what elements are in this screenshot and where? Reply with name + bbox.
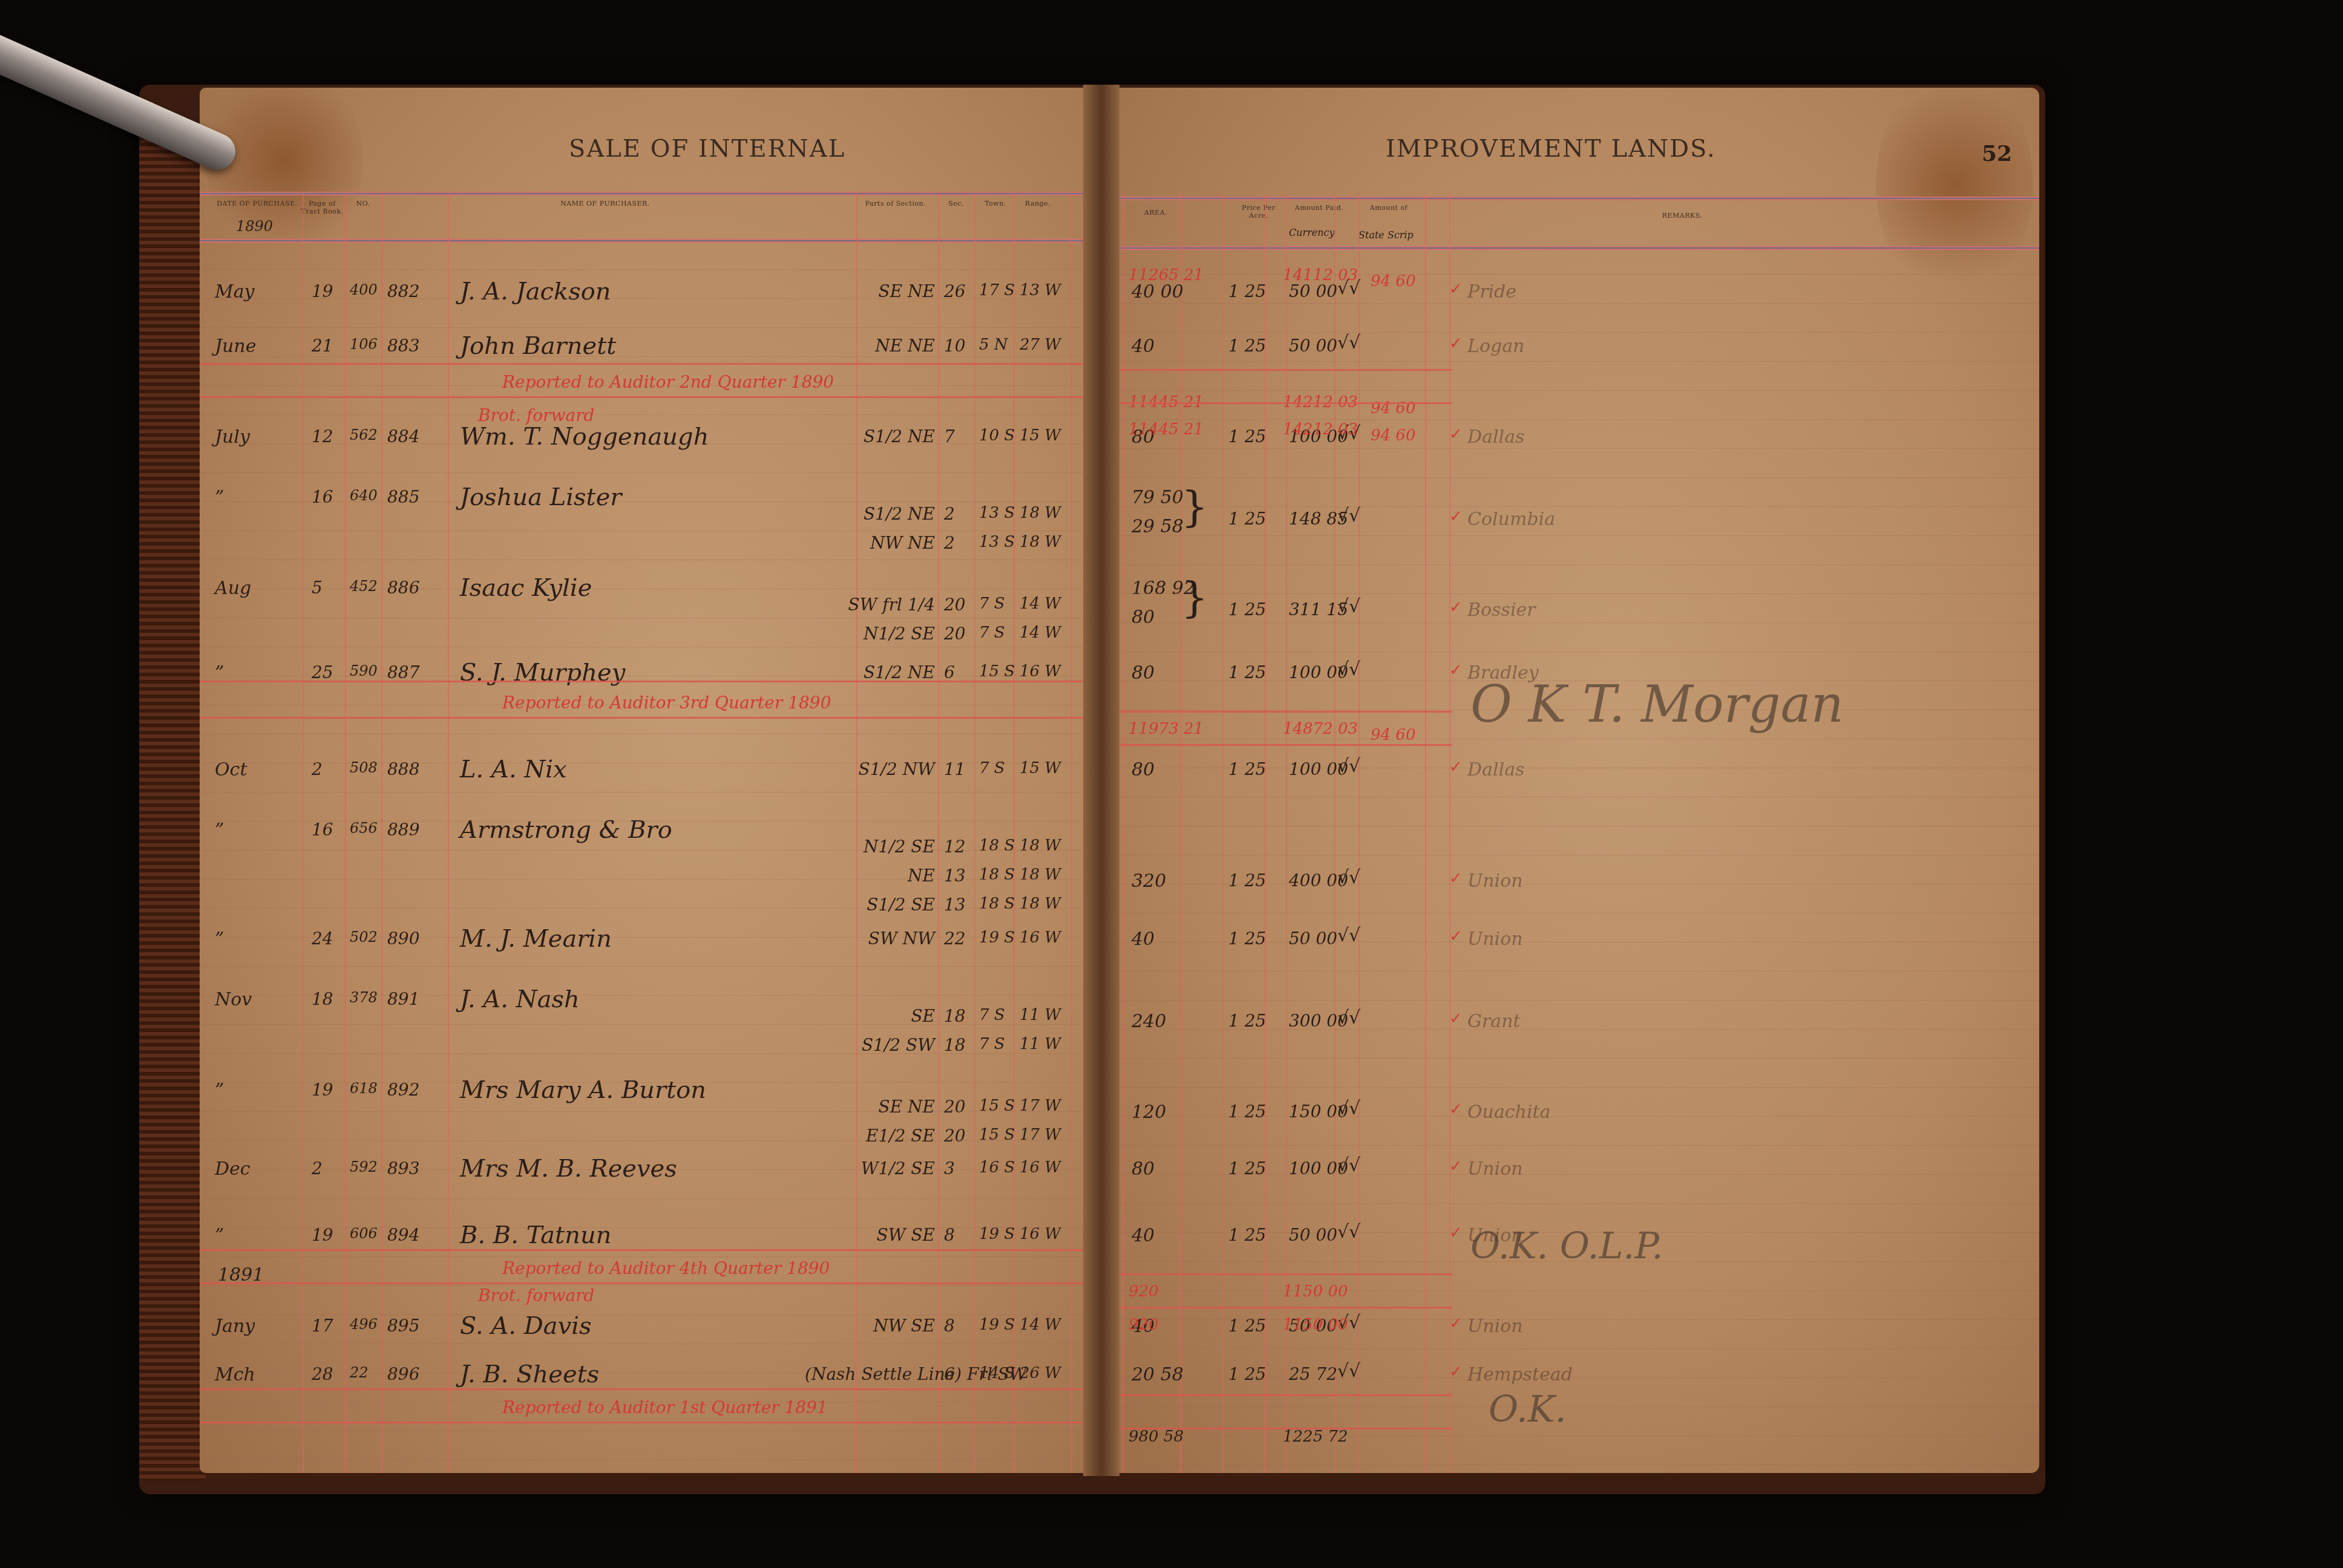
entry-range: 16 W: [1020, 1158, 1061, 1177]
col-section: Sec.: [941, 200, 971, 207]
entry-month: Mch: [215, 1364, 255, 1385]
check-mark-icon: √√: [1337, 1007, 1360, 1028]
entry-month: Jany: [215, 1316, 255, 1337]
entry-range: 17 W: [1020, 1126, 1061, 1144]
total-state-scrip: 94 60: [1371, 726, 1415, 744]
ruled-line: [200, 966, 1095, 967]
ruled-line: [1107, 1465, 2039, 1465]
red-check-icon: ✓: [1449, 1224, 1463, 1242]
col-remarks: REMARKS.: [1622, 212, 1743, 220]
ruled-line: [1107, 1319, 2039, 1320]
entry-tract-page: 562: [350, 426, 378, 443]
entry-area: 40: [1132, 929, 1155, 950]
entry-range: 15 W: [1020, 759, 1061, 777]
entry-price-per-acre: 1 25: [1228, 929, 1266, 949]
entry-month: ”: [215, 1080, 224, 1101]
entry-tract-page: 378: [350, 989, 378, 1006]
entry-price-per-acre: 1 25: [1228, 662, 1266, 682]
entry-number: 890: [387, 929, 419, 949]
ruled-line: [1107, 564, 2039, 565]
ruled-line: [1107, 884, 2039, 884]
ruled-line: [1107, 681, 2039, 681]
entry-section: 22: [944, 929, 966, 949]
entry-section: 6: [944, 1364, 955, 1384]
total-amount: 14872 03: [1283, 720, 1358, 738]
ruled-line: [200, 531, 1095, 531]
entry-range: 18 W: [1020, 895, 1061, 913]
entry-amount-paid: 50 00: [1289, 1225, 1337, 1245]
entry-day: 18: [312, 989, 333, 1009]
column-rule: [1334, 194, 1335, 1473]
entry-price-per-acre: 1 25: [1228, 1102, 1266, 1122]
red-ruled-line: [1107, 1394, 1452, 1396]
entry-town: 15 S: [979, 1097, 1015, 1115]
total-area: 11973 21: [1129, 720, 1204, 738]
ruled-line: [200, 879, 1095, 880]
red-ruled-line: [1107, 402, 1452, 404]
red-ruled-line: [1107, 369, 1452, 371]
entry-range: 11 W: [1020, 1006, 1061, 1024]
ruled-line: [200, 734, 1095, 734]
entry-day: 17: [312, 1316, 333, 1336]
left-page: SALE OF INTERNAL DATE OF PURCHASE. 1890 …: [200, 88, 1095, 1473]
entry-part-of-section: (Nash Settle Line) Frl SW: [805, 1364, 935, 1384]
header-top-rule: [200, 192, 1095, 195]
entry-town: 7 S: [979, 624, 1005, 642]
entry-part-of-section: E1/2 SE: [805, 1126, 935, 1146]
entry-remark-county: Ouachita: [1467, 1102, 1550, 1123]
entry-price-per-acre: 1 25: [1228, 1364, 1266, 1384]
column-rule: [1180, 194, 1181, 1473]
ruled-line: [200, 414, 1095, 415]
ruled-line: [1107, 797, 2039, 797]
entry-tract-page: 590: [350, 662, 378, 679]
left-page-title: SALE OF INTERNAL: [569, 135, 845, 163]
entry-town: 18 S: [979, 866, 1015, 884]
entry-range: 14 W: [1020, 624, 1061, 642]
ruled-line: [200, 327, 1095, 328]
ruled-line: [200, 1460, 1095, 1460]
ruled-line: [1107, 913, 2039, 913]
ruled-line: [1107, 448, 2039, 449]
entry-remark-county: Hempstead: [1467, 1364, 1573, 1385]
red-ruled-line: [200, 1388, 1095, 1390]
entry-day: 28: [312, 1364, 333, 1384]
entry-area: 40: [1132, 336, 1155, 357]
col-name-of-purchaser: NAME OF PURCHASER.: [514, 200, 696, 207]
entry-part-of-section: S1/2 SE: [805, 895, 935, 915]
total-amount: 1225 72: [1283, 1428, 1348, 1446]
ruled-line: [200, 472, 1095, 473]
col-date-of-purchase: DATE OF PURCHASE.: [212, 200, 303, 207]
entry-part-of-section: S1/2 SW: [805, 1035, 935, 1055]
entry-section: 18: [944, 1035, 966, 1055]
entry-tract-page: 106: [350, 336, 378, 353]
entry-tract-page: 496: [350, 1316, 378, 1333]
entry-remark-county: Pride: [1467, 281, 1516, 302]
entry-month: ”: [215, 487, 224, 508]
entry-remark-county: Union: [1467, 1158, 1523, 1180]
total-amount: 14112 03: [1283, 266, 1358, 284]
red-check-icon: ✓: [1449, 1157, 1463, 1175]
entry-range: 26 W: [1020, 1364, 1061, 1382]
red-ruled-line: [1107, 1273, 1452, 1275]
book-binding: [139, 139, 206, 1482]
total-amount: 1150 00: [1283, 1282, 1348, 1301]
check-mark-icon: √√: [1337, 756, 1360, 777]
red-auditor-note: Reported to Auditor 1st Quarter 1891: [502, 1397, 828, 1417]
entry-price-per-acre: 1 25: [1228, 871, 1266, 890]
entry-purchaser-name: Wm. T. Noggenaugh: [460, 423, 709, 451]
entry-area: 80: [1132, 607, 1155, 628]
column-rule: [1286, 194, 1287, 1473]
right-page-title: IMPROVEMENT LANDS.: [1386, 135, 1716, 163]
ruled-line: [200, 821, 1095, 822]
ruled-line: [1107, 971, 2039, 972]
ruled-line: [1107, 390, 2039, 391]
ruled-line: [200, 937, 1095, 938]
entry-section: 20: [944, 1097, 966, 1117]
header-top-rule: [1107, 197, 2039, 200]
total-area: 11265 21: [1129, 266, 1204, 284]
entry-price-per-acre: 1 25: [1228, 1225, 1266, 1245]
col-amount-of: Amount of: [1355, 204, 1422, 212]
entry-day: 25: [312, 662, 333, 682]
entry-price-per-acre: 1 25: [1228, 336, 1266, 356]
entry-purchaser-name: S. J. Murphey: [460, 659, 625, 687]
header-bottom-rule: [200, 239, 1095, 243]
ruled-line: [200, 850, 1095, 851]
ruled-line: [1107, 1087, 2039, 1088]
entry-town: 19 S: [979, 1316, 1015, 1334]
total-area: 11445 21: [1129, 420, 1204, 439]
red-check-icon: ✓: [1449, 280, 1463, 298]
total-area: 920: [1129, 1282, 1159, 1301]
entry-town: 7 S: [979, 1035, 1005, 1053]
entry-remark-county: Union: [1467, 929, 1523, 950]
ruled-line: [200, 1169, 1095, 1170]
entry-tract-page: 656: [350, 820, 378, 837]
entry-area: 20 58: [1132, 1364, 1184, 1385]
col-tract-page: Page of Tract Book.: [300, 200, 345, 215]
ruled-line: [1107, 1406, 2039, 1407]
red-ruled-line: [1107, 744, 1452, 746]
ok-morgan-annotation: O K T. Morgan: [1470, 675, 1844, 734]
red-check-icon: ✓: [1449, 425, 1463, 443]
entry-area: 120: [1132, 1102, 1166, 1123]
red-ruled-line: [200, 681, 1095, 682]
ruled-line: [200, 792, 1095, 792]
entry-range: 14 W: [1020, 595, 1061, 613]
entry-amount-paid: 25 72: [1289, 1364, 1337, 1384]
entry-number: 893: [387, 1158, 419, 1178]
check-mark-icon: √√: [1337, 867, 1360, 888]
entry-range: 27 W: [1020, 336, 1061, 354]
red-check-icon: ✓: [1449, 869, 1463, 887]
entry-tract-page: 400: [350, 281, 378, 298]
entry-number: 886: [387, 578, 419, 598]
column-rule: [1265, 194, 1266, 1473]
entry-remark-county: Dallas: [1467, 426, 1524, 448]
ruled-line: [1107, 1203, 2039, 1204]
col-number: No.: [348, 200, 378, 207]
header-bottom-rule: [1107, 246, 2039, 250]
entry-range: 13 W: [1020, 281, 1061, 299]
col-area: AREA.: [1119, 209, 1192, 217]
ruled-line: [1107, 1232, 2039, 1233]
entry-number: 888: [387, 759, 419, 779]
book-gutter: [1083, 85, 1119, 1476]
entry-purchaser-name: Isaac Kylie: [460, 574, 592, 602]
red-check-icon: ✓: [1449, 1010, 1463, 1028]
entry-price-per-acre: 1 25: [1228, 426, 1266, 446]
entry-town: 5 N: [979, 336, 1008, 354]
ruled-line: [200, 589, 1095, 589]
ruled-line: [1107, 1116, 2039, 1117]
column-rule: [1122, 194, 1124, 1473]
entry-remark-county: Columbia: [1467, 509, 1555, 530]
red-check-icon: ✓: [1449, 661, 1463, 679]
entry-area: 40: [1132, 1225, 1155, 1246]
entry-town: 19 S: [979, 929, 1015, 947]
entry-purchaser-name: B. B. Tatnun: [460, 1221, 611, 1249]
ruled-line: [200, 356, 1095, 357]
entry-range: 16 W: [1020, 662, 1061, 681]
entry-tract-page: 452: [350, 578, 378, 595]
ruled-line: [1107, 739, 2039, 739]
ruled-line: [1107, 506, 2039, 507]
ruled-line: [1107, 652, 2039, 652]
ruled-line: [200, 1082, 1095, 1083]
entry-range: 17 W: [1020, 1097, 1061, 1115]
entry-number: 896: [387, 1364, 419, 1384]
entry-section: 3: [944, 1158, 955, 1178]
entry-day: 16: [312, 820, 333, 840]
entry-number: 895: [387, 1316, 419, 1336]
ruled-line: [200, 995, 1095, 996]
entry-purchaser-name: S. A. Davis: [460, 1312, 592, 1340]
entry-town: 16 S: [979, 1158, 1015, 1177]
col-amount-paid: Amount Paid.: [1289, 204, 1349, 212]
entry-number: 887: [387, 662, 419, 682]
entry-section: 13: [944, 895, 966, 915]
ruled-line: [200, 1315, 1095, 1315]
ruled-line: [1107, 1377, 2039, 1378]
entry-part-of-section: SE NE: [805, 1097, 935, 1117]
ruled-line: [1107, 710, 2039, 710]
brace-icon: }: [1181, 573, 1208, 622]
entry-number: 889: [387, 820, 419, 840]
ruled-line: [1107, 942, 2039, 942]
entry-day: 16: [312, 487, 333, 507]
entry-range: 15 W: [1020, 426, 1061, 445]
ruled-line: [200, 647, 1095, 647]
ruled-line: [1107, 1436, 2039, 1436]
ruled-line: [1107, 1261, 2039, 1262]
entry-section: 2: [944, 533, 955, 553]
entry-price-per-acre: 1 25: [1228, 509, 1266, 529]
ruled-line: [200, 1256, 1095, 1257]
entry-month: ”: [215, 929, 224, 950]
ruled-line: [200, 298, 1095, 299]
entry-price-per-acre: 1 25: [1228, 759, 1266, 779]
entry-town: 13 S: [979, 533, 1015, 551]
page-number: 52: [1982, 141, 2012, 166]
entry-day: 5: [312, 578, 323, 598]
entry-month: ”: [215, 1225, 224, 1246]
entry-part-of-section: SW NW: [805, 929, 935, 949]
ruled-line: [200, 560, 1095, 560]
entry-range: 18 W: [1020, 837, 1061, 855]
entry-town: 15 S: [979, 662, 1015, 681]
total-area: 980 58: [1129, 1428, 1184, 1446]
entry-part-of-section: NW SE: [805, 1316, 935, 1336]
entry-area: 29 58: [1132, 516, 1184, 537]
column-rule: [1358, 194, 1360, 1473]
entry-area: 80: [1132, 759, 1155, 780]
entry-range: 11 W: [1020, 1035, 1061, 1053]
entry-part-of-section: S1/2 NE: [805, 662, 935, 682]
ruled-line: [1107, 826, 2039, 826]
red-auditor-note: Brot. forward: [478, 405, 594, 425]
entry-area: 79 50: [1132, 487, 1184, 508]
red-ruled-line: [1107, 711, 1452, 713]
ruled-line: [200, 1140, 1095, 1141]
entry-part-of-section: N1/2 SE: [805, 837, 935, 857]
ruled-line: [1107, 1000, 2039, 1001]
entry-section: 2: [944, 504, 955, 524]
ruled-line: [1107, 535, 2039, 536]
entry-section: 13: [944, 866, 966, 886]
ruled-line: [1107, 1290, 2039, 1291]
entry-purchaser-name: Armstrong & Bro: [460, 816, 672, 844]
entry-town: 7 S: [979, 1006, 1005, 1024]
total-amount: 1150 00: [1283, 1316, 1348, 1334]
col-price-per-acre: Price Per Acre.: [1234, 204, 1283, 220]
entry-purchaser-name: M. J. Mearin: [460, 925, 612, 953]
ruled-line: [1107, 303, 2039, 304]
entry-part-of-section: SE: [805, 1006, 935, 1026]
entry-tract-page: 508: [350, 759, 378, 776]
entry-remark-county: Bossier: [1467, 599, 1536, 621]
ruled-line: [200, 1227, 1095, 1228]
entry-purchaser-name: J. B. Sheets: [460, 1361, 599, 1388]
entry-price-per-acre: 1 25: [1228, 1158, 1266, 1178]
total-state-scrip: 94 60: [1371, 272, 1415, 290]
ruled-line: [200, 501, 1095, 502]
red-ruled-line: [200, 363, 1095, 365]
entry-range: 16 W: [1020, 929, 1061, 947]
entry-town: 13 S: [979, 504, 1015, 522]
entry-remark-county: Logan: [1467, 336, 1524, 357]
amount-of-subheading: State Scrip: [1358, 229, 1414, 241]
check-mark-icon: √√: [1337, 1361, 1360, 1382]
entry-number: 891: [387, 989, 419, 1009]
ruled-line: [1107, 477, 2039, 478]
ruled-line: [1107, 361, 2039, 362]
check-mark-icon: √√: [1337, 505, 1360, 526]
ruled-line: [200, 1053, 1095, 1054]
check-mark-icon: √√: [1337, 925, 1360, 946]
ruled-line: [200, 1111, 1095, 1112]
entry-area: 320: [1132, 871, 1166, 892]
entry-day: 2: [312, 759, 323, 779]
water-stain: [1876, 88, 2033, 299]
entry-month: July: [215, 426, 250, 448]
total-state-scrip: 94 60: [1371, 426, 1415, 445]
entry-price-per-acre: 1 25: [1228, 1316, 1266, 1336]
ruled-line: [200, 763, 1095, 763]
entry-town: 15 S: [979, 1126, 1015, 1144]
entry-purchaser-name: J. A. Nash: [460, 985, 580, 1013]
ruled-line: [1107, 1348, 2039, 1349]
entry-purchaser-name: J. A. Jackson: [460, 278, 611, 305]
entry-remark-county: Dallas: [1467, 759, 1524, 780]
entry-purchaser-name: L. A. Nix: [460, 756, 567, 783]
entry-town: 14 S: [979, 1364, 1015, 1382]
entry-section: 18: [944, 1006, 966, 1026]
entry-area: 80: [1132, 1158, 1155, 1180]
red-check-icon: ✓: [1449, 335, 1463, 353]
entry-amount-paid: 50 00: [1289, 929, 1337, 949]
ruled-line: [200, 1344, 1095, 1344]
entry-range: 18 W: [1020, 533, 1061, 551]
entry-part-of-section: NE: [805, 866, 935, 886]
water-stain: [206, 88, 363, 257]
entry-section: 20: [944, 624, 966, 644]
ruled-line: [1107, 274, 2039, 275]
entry-month: Nov: [215, 989, 252, 1010]
ruled-line: [200, 1024, 1095, 1025]
ruled-line: [200, 1285, 1095, 1286]
column-rule: [1449, 194, 1450, 1473]
col-parts-of-section: Parts of Section.: [859, 200, 932, 207]
entry-town: 17 S: [979, 281, 1015, 299]
entry-day: 24: [312, 929, 333, 949]
ok-bottom-annotation: O.K.: [1489, 1388, 1567, 1431]
red-auditor-note: Reported to Auditor 2nd Quarter 1890: [502, 372, 834, 392]
red-ruled-line: [200, 1422, 1095, 1423]
entry-part-of-section: N1/2 SE: [805, 624, 935, 644]
red-check-icon: ✓: [1449, 1315, 1463, 1333]
ruled-line: [200, 1373, 1095, 1373]
red-check-icon: ✓: [1449, 598, 1463, 616]
ruled-line: [200, 269, 1095, 270]
ruled-line: [1107, 593, 2039, 594]
red-ruled-line: [200, 1282, 1095, 1284]
ruled-line: [1107, 1058, 2039, 1059]
ruled-line: [200, 618, 1095, 618]
right-page: IMPROVEMENT LANDS. 52 AREA. Price Per Ac…: [1107, 88, 2039, 1473]
entry-section: 8: [944, 1316, 955, 1336]
entry-section: 20: [944, 1126, 966, 1146]
entry-price-per-acre: 1 25: [1228, 281, 1266, 301]
entry-part-of-section: S1/2 NW: [805, 759, 935, 779]
brace-icon: }: [1181, 482, 1208, 532]
entry-section: 12: [944, 837, 966, 857]
year-heading: 1890: [236, 218, 273, 235]
entry-town: 10 S: [979, 426, 1015, 445]
entry-month: June: [215, 336, 256, 357]
total-amount: 14212 03: [1283, 420, 1358, 439]
entry-month: May: [215, 281, 255, 302]
entry-part-of-section: NW NE: [805, 533, 935, 553]
entry-town: 18 S: [979, 895, 1015, 913]
red-check-icon: ✓: [1449, 927, 1463, 946]
col-range: Range.: [1017, 200, 1059, 207]
red-ruled-line: [200, 717, 1095, 719]
ruled-line: [1107, 332, 2039, 333]
